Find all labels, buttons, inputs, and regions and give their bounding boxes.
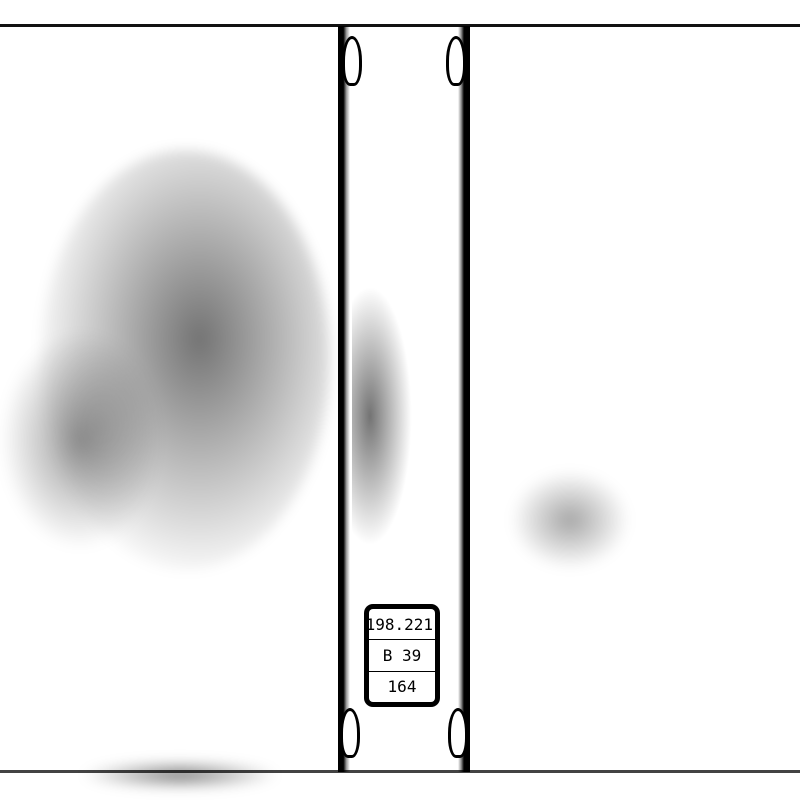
- call-number-item: 164: [369, 672, 435, 702]
- left-stain-2: [0, 330, 160, 550]
- call-number-class: 198.221: [369, 609, 435, 640]
- call-number-label: 198.221 B 39 164: [364, 604, 440, 707]
- spine-shadow: [352, 286, 412, 546]
- call-number-cutter: B 39: [369, 640, 435, 671]
- book-spine: 198.221 B 39 164: [338, 26, 470, 772]
- bottom-right-band: [448, 708, 468, 758]
- right-stain: [510, 470, 630, 570]
- spine-right-edge: [458, 26, 470, 772]
- bottom-stain: [80, 760, 280, 790]
- bottom-left-band: [340, 708, 360, 758]
- top-left-band: [342, 36, 362, 86]
- spine-left-edge: [338, 26, 350, 772]
- scanned-page: 198.221 B 39 164: [0, 0, 800, 800]
- top-right-band: [446, 36, 466, 86]
